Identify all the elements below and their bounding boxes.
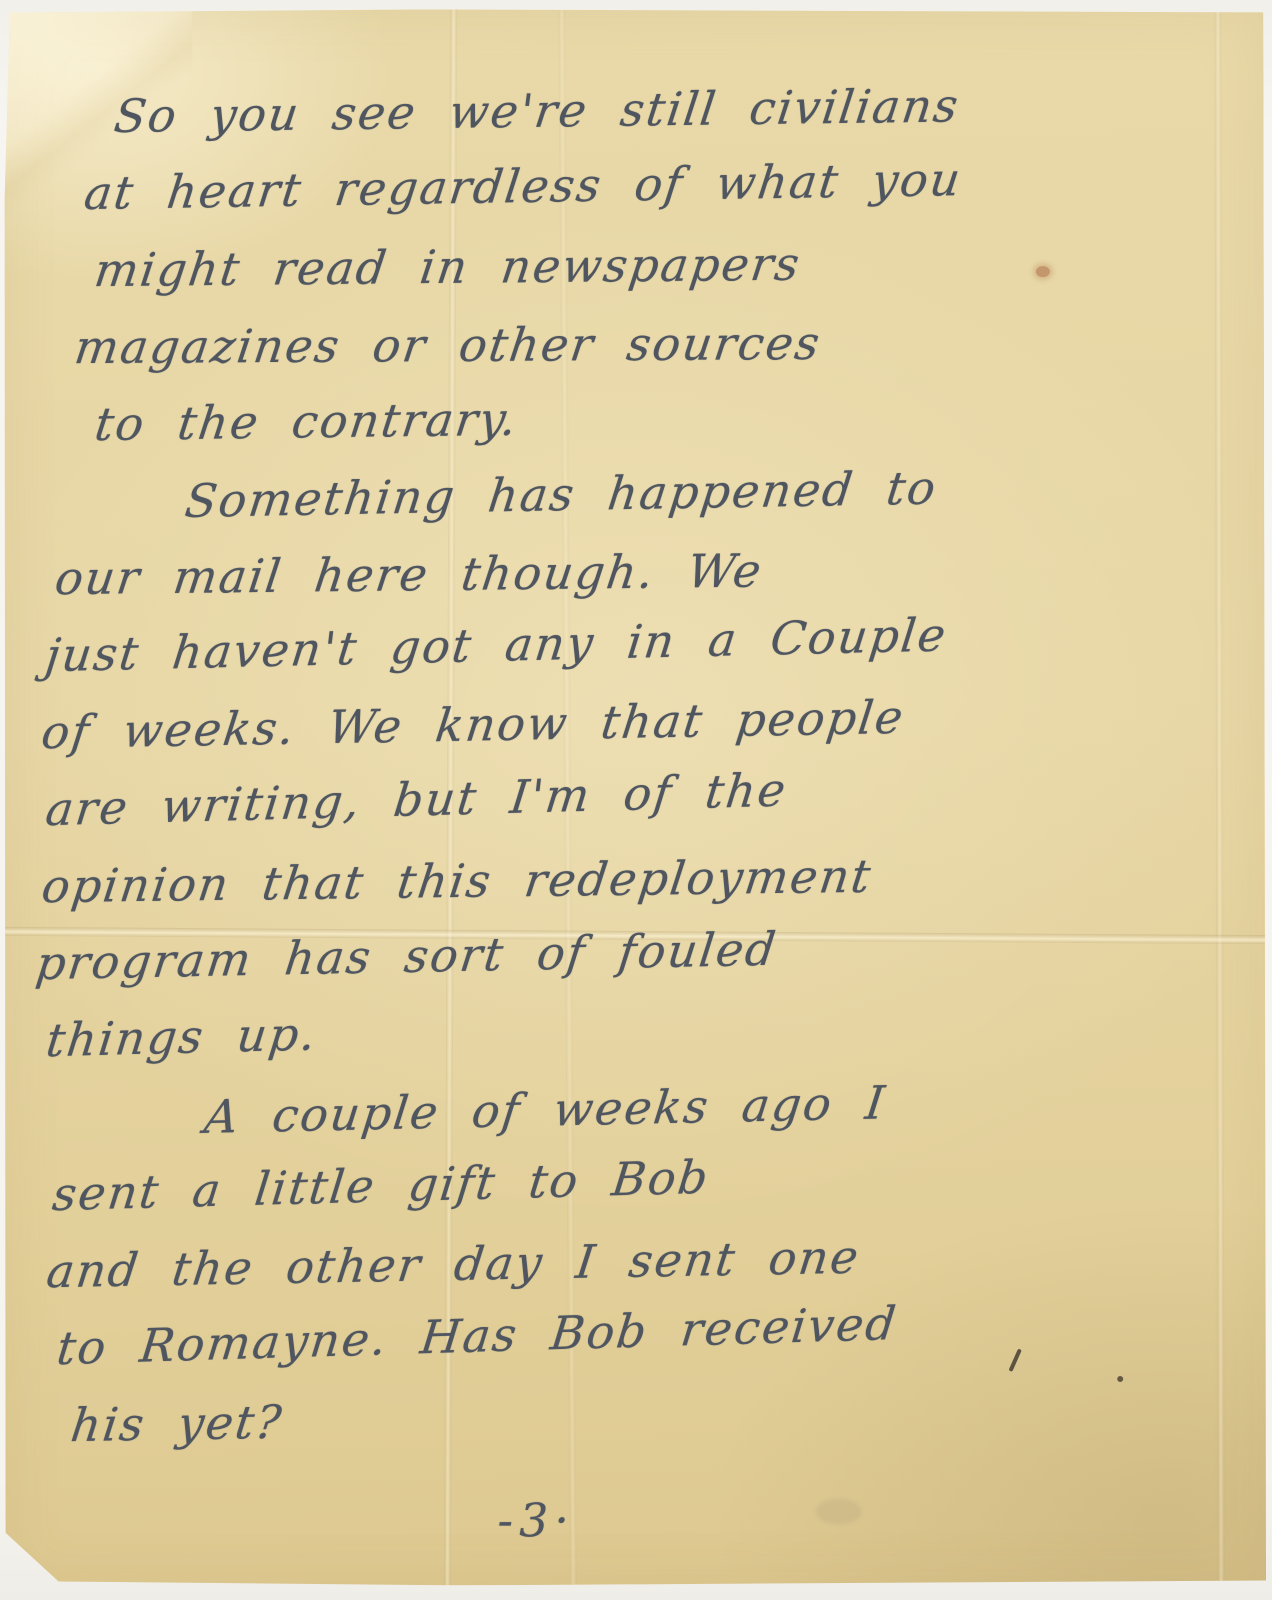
- letter-body: So you see we're still civiliansat heart…: [2, 76, 1266, 1465]
- letter-page: So you see we're still civiliansat heart…: [2, 8, 1266, 1587]
- scan-background: So you see we're still civiliansat heart…: [0, 0, 1272, 1600]
- handwritten-line: might read in newspapers: [90, 222, 1270, 310]
- paper-smudge: [815, 1499, 861, 1525]
- handwritten-line: his yet?: [67, 1368, 1272, 1464]
- page-number: -3·: [497, 1493, 575, 1547]
